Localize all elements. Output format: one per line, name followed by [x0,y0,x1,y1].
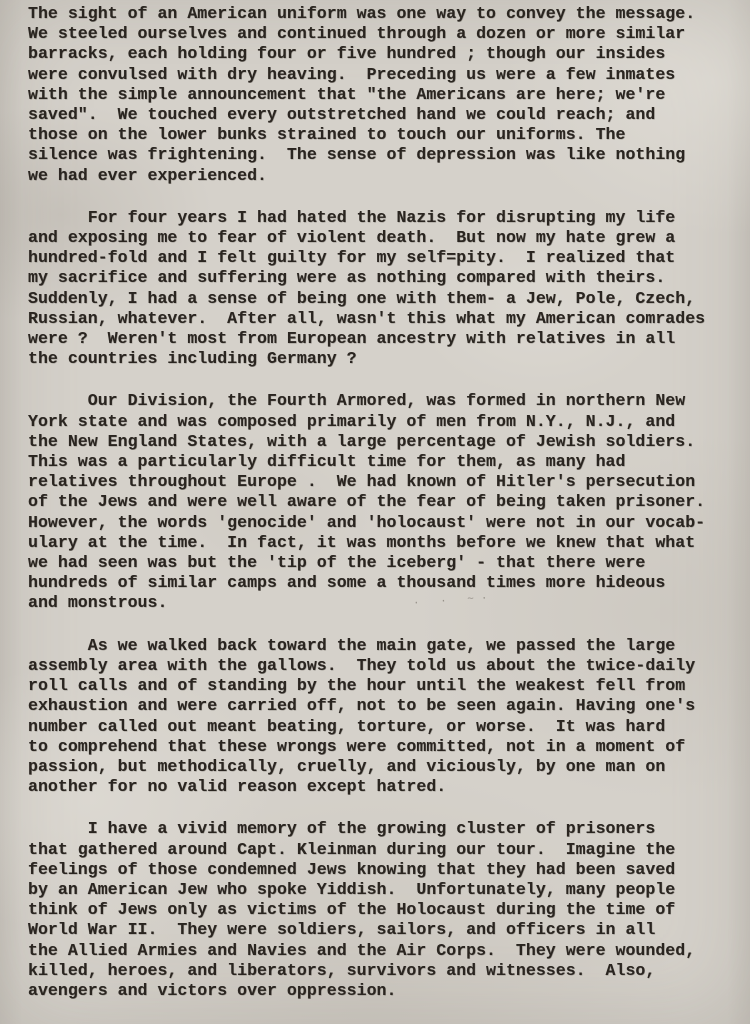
paragraph-1: The sight of an American uniform was one… [28,4,738,186]
paragraph-5: I have a vivid memory of the growing clu… [28,819,738,1001]
paragraph-4: As we walked back toward the main gate, … [28,636,738,798]
document-text-block: The sight of an American uniform was one… [0,0,750,1001]
paragraph-2: For four years I had hated the Nazis for… [28,208,738,370]
scanned-document-page: The sight of an American uniform was one… [0,0,750,1024]
paragraph-3: Our Division, the Fourth Armored, was fo… [28,391,738,613]
